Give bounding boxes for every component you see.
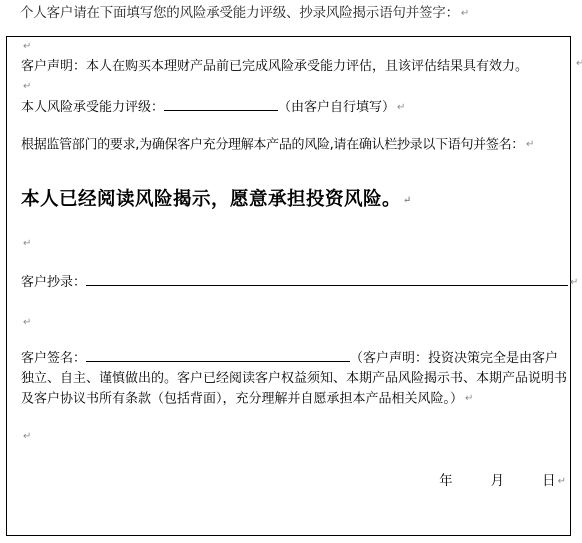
empty-paragraph: ↵ (21, 39, 31, 56)
instruction-row: 根据监管部门的要求,为确保客户充分理解本产品的风险,请在确认栏抄录以下语句并签名… (21, 137, 534, 154)
transcribe-row: 客户抄录：↵ (21, 273, 578, 291)
empty-paragraph: ↵ (21, 315, 31, 332)
paragraph-mark-icon: ↵ (23, 81, 31, 92)
risk-acknowledgement-headline: 本人已经阅读风险揭示，愿意承担投资风险。↵ (21, 185, 412, 211)
date-row: 年月日↵ (439, 469, 566, 489)
paragraph-mark-icon: ↵ (397, 102, 405, 113)
paragraph-mark-icon: ↵ (558, 476, 566, 487)
signature-block: 客户签名：（客户声明：投资决策完全是由客户独立、自主、谨慎做出的。客户已经阅读客… (21, 349, 569, 410)
risk-confirmation-box: ↵ 客户声明：本人在购买本理财产品前已完成风险承受能力评估，且该评估结果具有效力… (6, 36, 571, 536)
paragraph-mark-icon: ↵ (23, 317, 31, 328)
date-year-label: 年 (439, 473, 453, 489)
paragraph-mark-icon: ↵ (465, 393, 473, 404)
signature-field[interactable] (86, 349, 350, 362)
empty-paragraph: ↵ (21, 79, 31, 96)
empty-paragraph: ↵ (21, 429, 31, 446)
paragraph-mark-icon: ↵ (526, 139, 534, 150)
intro-text: 个人客户请在下面填写您的风险承受能力评级、抄录风险揭示语句并签字：↵ (20, 1, 469, 21)
risk-rating-hint: （由客户自行填写） (278, 100, 395, 115)
transcribe-field[interactable] (86, 273, 568, 286)
paragraph-mark-icon: ↵ (403, 195, 412, 206)
date-month-label: 月 (491, 473, 505, 489)
instruction-text: 根据监管部门的要求,为确保客户充分理解本产品的风险,请在确认栏抄录以下语句并签名… (21, 138, 524, 153)
date-day-label: 日 (542, 473, 556, 489)
paragraph-mark-icon: ↵ (23, 238, 31, 249)
paragraph-mark-icon: ↵ (461, 8, 469, 19)
paragraph-mark-icon: ↵ (23, 431, 31, 442)
signature-label: 客户签名： (21, 351, 86, 366)
empty-paragraph: ↵ (21, 236, 31, 253)
risk-rating-field[interactable] (164, 98, 278, 111)
intro-label: 个人客户请在下面填写您的风险承受能力评级、抄录风险揭示语句并签字： (20, 5, 459, 21)
declaration-text: 客户声明：本人在购买本理财产品前已完成风险承受能力评估，且该评估结果具有效力。 (21, 59, 528, 74)
transcribe-label: 客户抄录： (21, 275, 86, 290)
headline-text: 本人已经阅读风险揭示，愿意承担投资风险。 (21, 189, 401, 210)
paragraph-mark-icon: ↵ (23, 41, 31, 52)
risk-rating-row: 本人风险承受能力评级：（由客户自行填写）↵ (21, 98, 405, 116)
customer-declaration: 客户声明：本人在购买本理财产品前已完成风险承受能力评估，且该评估结果具有效力。 (21, 59, 528, 75)
paragraph-mark-icon: ↵ (570, 277, 578, 288)
risk-rating-label: 本人风险承受能力评级： (21, 100, 164, 115)
paragraph-mark-icon: ↵ (576, 58, 582, 69)
